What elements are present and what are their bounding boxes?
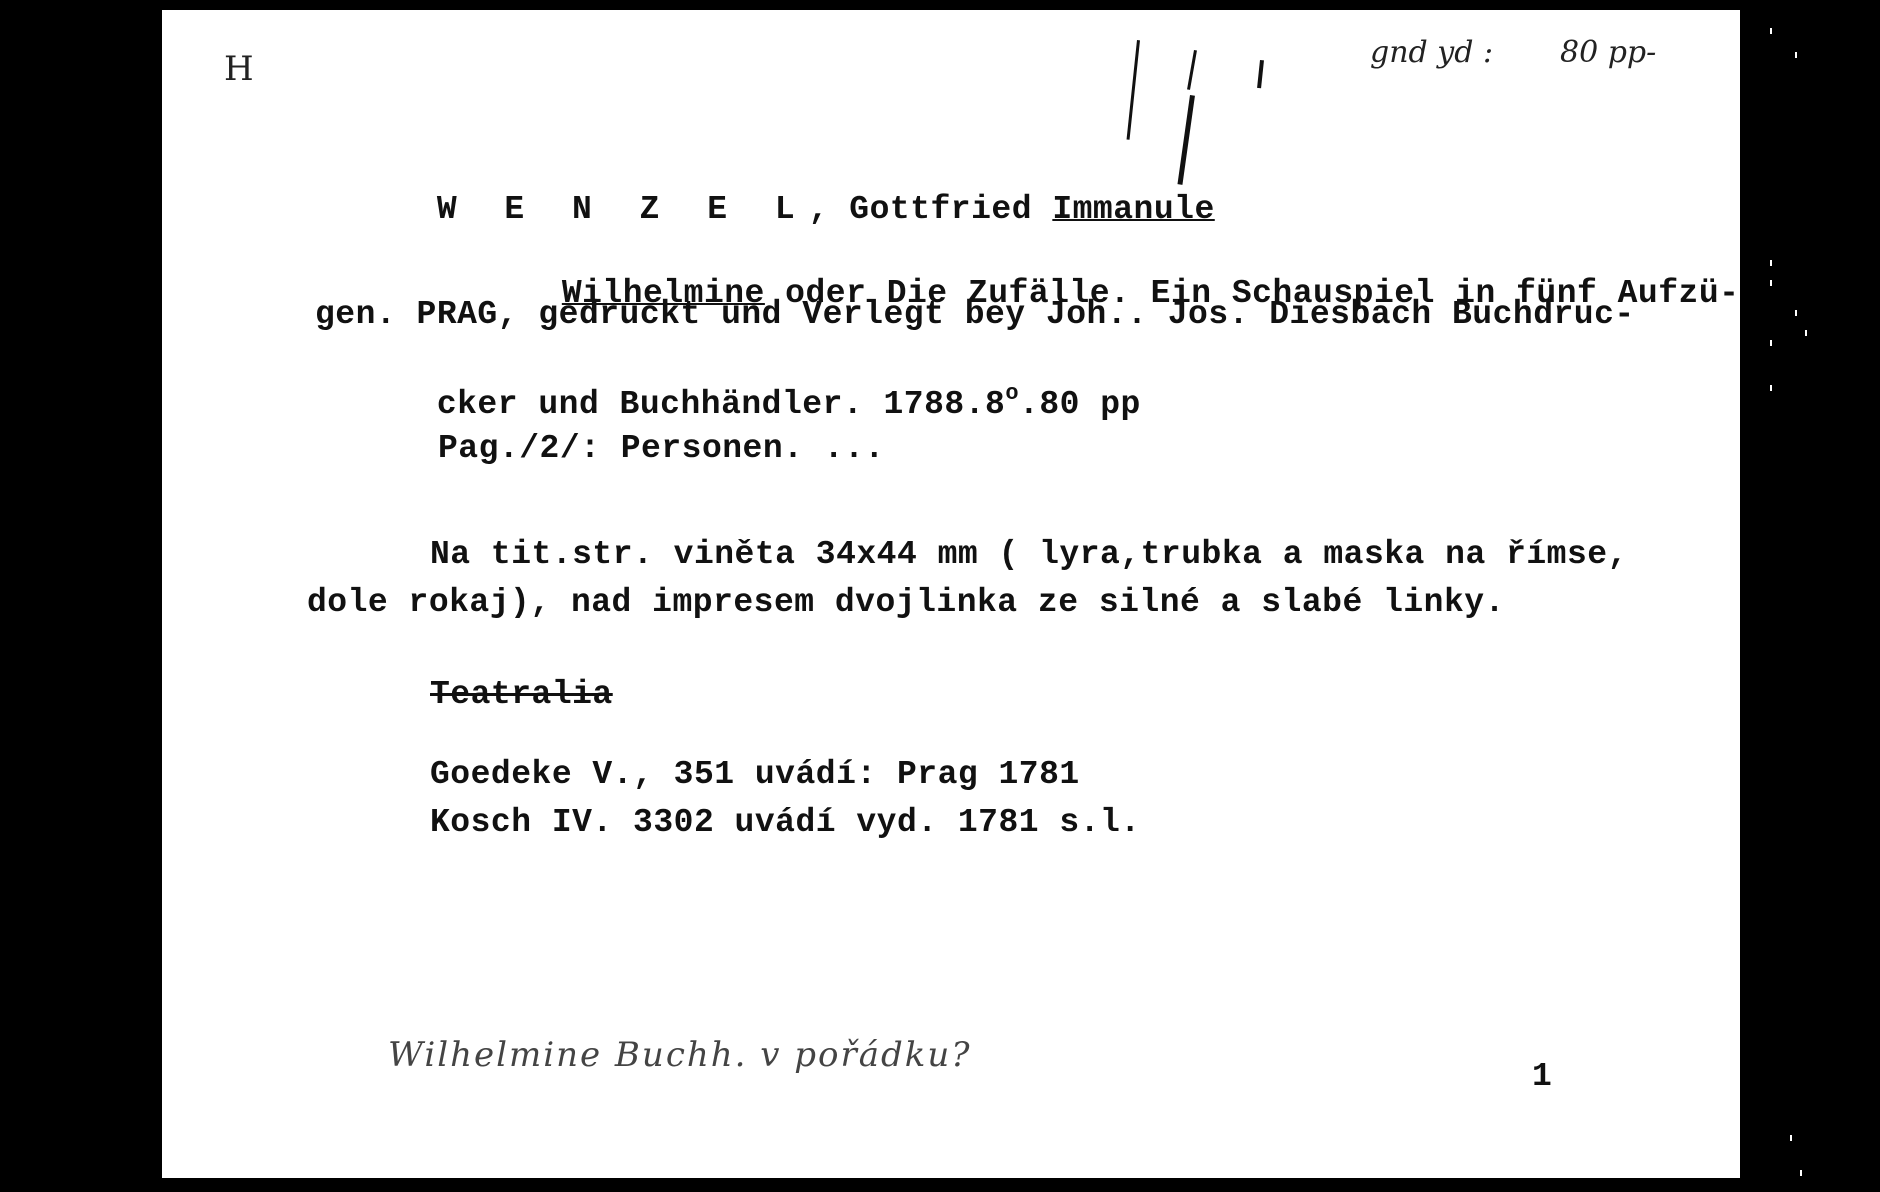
imprint-text: cker und Buchhändler. 1788.8 xyxy=(437,386,1006,423)
scan-noise xyxy=(1800,1170,1802,1176)
scan-noise xyxy=(1795,310,1797,316)
format-superscript: o xyxy=(1005,381,1019,406)
handwritten-footer-note: Wilhelmine Buchh. v pořádku? xyxy=(388,1038,972,1072)
scan-noise xyxy=(1770,385,1772,391)
pencil-stroke-icon xyxy=(1127,40,1140,140)
heading-separator: , xyxy=(809,191,850,228)
author-surname: W E N Z E L xyxy=(437,191,809,228)
scan-noise xyxy=(1805,330,1807,336)
vignette-note-line-2: dole rokaj), nad impresem dvojlinka ze s… xyxy=(307,586,1505,619)
pencil-stroke-icon xyxy=(1257,60,1264,88)
vignette-note-line-1: Na tit.str. viněta 34x44 mm ( lyra,trubk… xyxy=(430,538,1628,571)
scan-noise xyxy=(1770,280,1772,286)
top-annotation-left: gnd yd : xyxy=(1370,38,1493,68)
scanned-card-viewer: H gnd yd : 80 pp- W E N Z E L, Gottfried… xyxy=(0,0,1880,1192)
scan-noise xyxy=(1790,1135,1792,1141)
author-given-names: Gottfried xyxy=(849,191,1052,228)
pages-text: .80 pp xyxy=(1019,386,1141,423)
scan-noise xyxy=(1795,52,1797,58)
scan-noise xyxy=(1770,260,1772,266)
struck-subject-heading: Teatralia xyxy=(430,678,613,711)
scan-noise xyxy=(1770,28,1772,34)
title-line-2: gen. PRAG, gedruckt und Verlegt bey Joh.… xyxy=(315,298,1635,331)
reference-goedeke: Goedeke V., 351 uvádí: Prag 1781 xyxy=(430,758,1080,791)
card-number: 1 xyxy=(1532,1060,1552,1093)
reference-kosch: Kosch IV. 3302 uvádí vyd. 1781 s.l. xyxy=(430,806,1141,839)
author-given-names-underlined: Immanule xyxy=(1052,191,1214,228)
top-annotation-right: 80 pp- xyxy=(1560,38,1656,68)
scan-noise xyxy=(1770,340,1772,346)
catalog-card: H gnd yd : 80 pp- W E N Z E L, Gottfried… xyxy=(162,10,1740,1178)
pencil-stroke-icon xyxy=(1187,50,1197,90)
pagination-note: Pag./2/: Personen. ... xyxy=(438,432,885,465)
corner-mark: H xyxy=(224,52,254,86)
